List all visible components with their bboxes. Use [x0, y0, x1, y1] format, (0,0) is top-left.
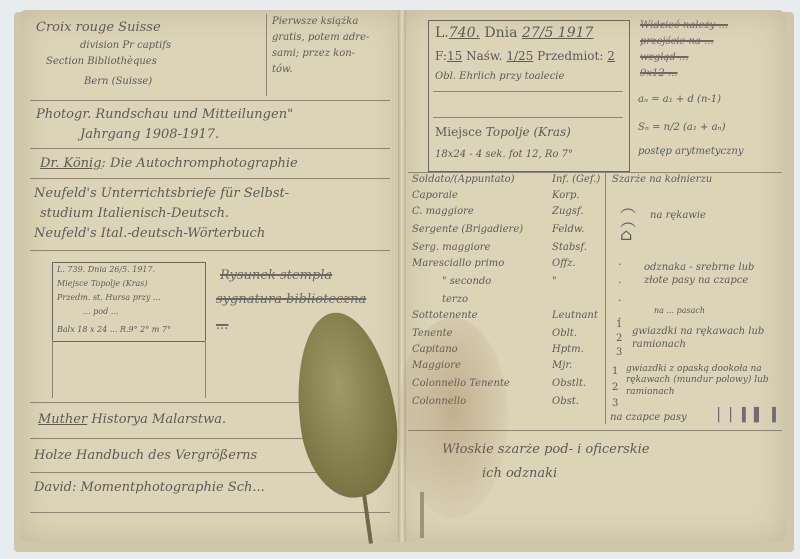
rule-line	[30, 178, 390, 179]
text-line: Muther Historya Malarstwa.	[38, 412, 226, 428]
text-line: gwiazdki z opaską dookoła na rękawach (m…	[626, 364, 776, 398]
divider	[266, 14, 267, 96]
text-line: Neufeld's Unterrichtsbriefe für Selbst-	[34, 186, 289, 202]
rank-equivalent: Stabsf.	[552, 242, 587, 255]
rank-italian: Serg. maggiore	[412, 242, 490, 255]
text-line: na rękawie	[650, 210, 706, 223]
text-line: na czapce pasy	[610, 412, 687, 425]
text-line: Przedm. st. Hursa przy ...	[57, 293, 161, 303]
rank-equivalent: Mjr.	[552, 360, 572, 373]
rank-italian: Caporale	[412, 190, 458, 203]
text-line: division Pr captifs	[80, 40, 171, 53]
rank-equivalent: "	[552, 276, 557, 289]
crossed-text: Widzieć należy ...	[640, 20, 728, 33]
text-line: gratis, potem adre-	[272, 32, 369, 45]
photo-record-card: L.740. Dnia 27/5 1917 F:15 Naśw. 1/25 Pr…	[428, 20, 630, 172]
text-line: Dr. König: Die Autochromphotographie	[40, 156, 298, 172]
text-line: Holze Handbuch des Vergrößerns	[34, 448, 257, 464]
text-line: Miejsce Topolje (Kras)	[57, 279, 148, 289]
numbers: 123	[612, 364, 618, 412]
formula: postęp arytmetyczny	[638, 146, 744, 159]
text-line: L.740. Dnia 27/5 1917	[435, 25, 593, 43]
rank-equivalent: Inf. (Gef.)	[552, 174, 600, 187]
text-line: sami; przez kon-	[272, 48, 355, 61]
text-line: Pierwsze książka	[272, 16, 358, 29]
divider	[205, 340, 206, 398]
rule-line	[30, 250, 390, 251]
rank-equivalent: Obst.	[552, 396, 579, 409]
crossed-text: 9x12 ...	[640, 68, 677, 81]
rank-equivalent: Feldw.	[552, 224, 584, 237]
text-line: ... pod ...	[83, 307, 118, 317]
rank-equivalent: Korp.	[552, 190, 580, 203]
rank-equivalent: Hptm.	[552, 344, 584, 357]
text-line: Bern (Suisse)	[84, 76, 152, 89]
leaf-stain	[398, 318, 508, 518]
chevron-insignia-icon: ︵︵⌂	[620, 200, 636, 242]
rank-italian: Maresciallo primo	[412, 258, 504, 271]
rule-line	[30, 512, 390, 513]
text-line: Jahrgang 1908-1917.	[80, 127, 219, 143]
crossed-text: przejście na ...	[640, 36, 714, 49]
rule-line	[433, 117, 623, 118]
rule-line	[408, 172, 782, 173]
text-line: 18x24 - 4 sek. fot 12, Ro 7°	[435, 149, 573, 162]
text-line: Miejsce Topolje (Kras)	[435, 125, 571, 140]
rank-equivalent: Offz.	[552, 258, 576, 271]
text-line: Croix rouge Suisse	[36, 20, 161, 36]
rank-italian: Sergente (Brigadiere)	[412, 224, 523, 237]
text-line: Neufeld's Ital.-deutsch-Wörterbuch	[34, 226, 265, 242]
crossed-text: wzgląd ...	[640, 52, 689, 65]
divider	[605, 172, 606, 424]
text-line: Balx 18 x 24 ... R.9° 2° m 7°	[57, 325, 171, 335]
rank-italian: C. maggiore	[412, 206, 474, 219]
stripes-icon: ▏▏▍▌ ▍	[718, 408, 784, 424]
crossed-text: sygnatura biblioteczna	[216, 292, 366, 308]
divider	[52, 340, 53, 398]
rule-line	[30, 148, 390, 149]
rank-italian: Soldato/(Appuntato)	[412, 174, 515, 187]
text-line: gwiazdki na rękawach lub ramionach	[632, 326, 772, 351]
crossed-text: ...	[216, 318, 228, 334]
rule-line	[433, 91, 623, 92]
text-line: studium Italienisch-Deutsch.	[40, 206, 229, 222]
text-line: na ... pasach	[654, 306, 705, 316]
text-line: tów.	[272, 64, 293, 77]
insignia-heading: Szarże na kołnierzu	[612, 174, 712, 187]
text-line: Photogr. Rundschau und Mitteilungen"	[36, 107, 293, 123]
rank-equivalent: Oblt.	[552, 328, 577, 341]
text-line: F:15 Naśw. 1/25 Przedmiot: 2	[435, 49, 615, 64]
rank-equivalent: Zugsf.	[552, 206, 583, 219]
text-line: David: Momentphotographie Sch...	[34, 480, 265, 496]
leaf-stem-stain	[420, 492, 424, 538]
rank-italian: " secondo	[442, 276, 491, 289]
rule-line	[30, 100, 390, 101]
rank-italian: terzo	[442, 294, 468, 307]
card-stub: L. 739. Dnia 26/5. 1917. Miejsce Topolje…	[52, 262, 206, 342]
formula: aₙ = a₁ + d (n-1)	[638, 94, 721, 107]
numbers: 123	[616, 318, 622, 360]
text-line: Obl. Ehrlich przy toalecie	[435, 71, 564, 84]
rank-equivalent: Obstlt.	[552, 378, 586, 391]
text-line: odznaka - srebrne lub złote pasy na czap…	[644, 262, 774, 287]
text-line: Section Bibliothèques	[46, 56, 157, 69]
rank-equivalent: Leutnant	[552, 310, 598, 323]
formula: Sₙ = n/2 (a₁ + aₙ)	[638, 122, 726, 135]
text-line: L. 739. Dnia 26/5. 1917.	[57, 265, 155, 275]
crossed-text: Rysunek stempla	[220, 268, 332, 284]
